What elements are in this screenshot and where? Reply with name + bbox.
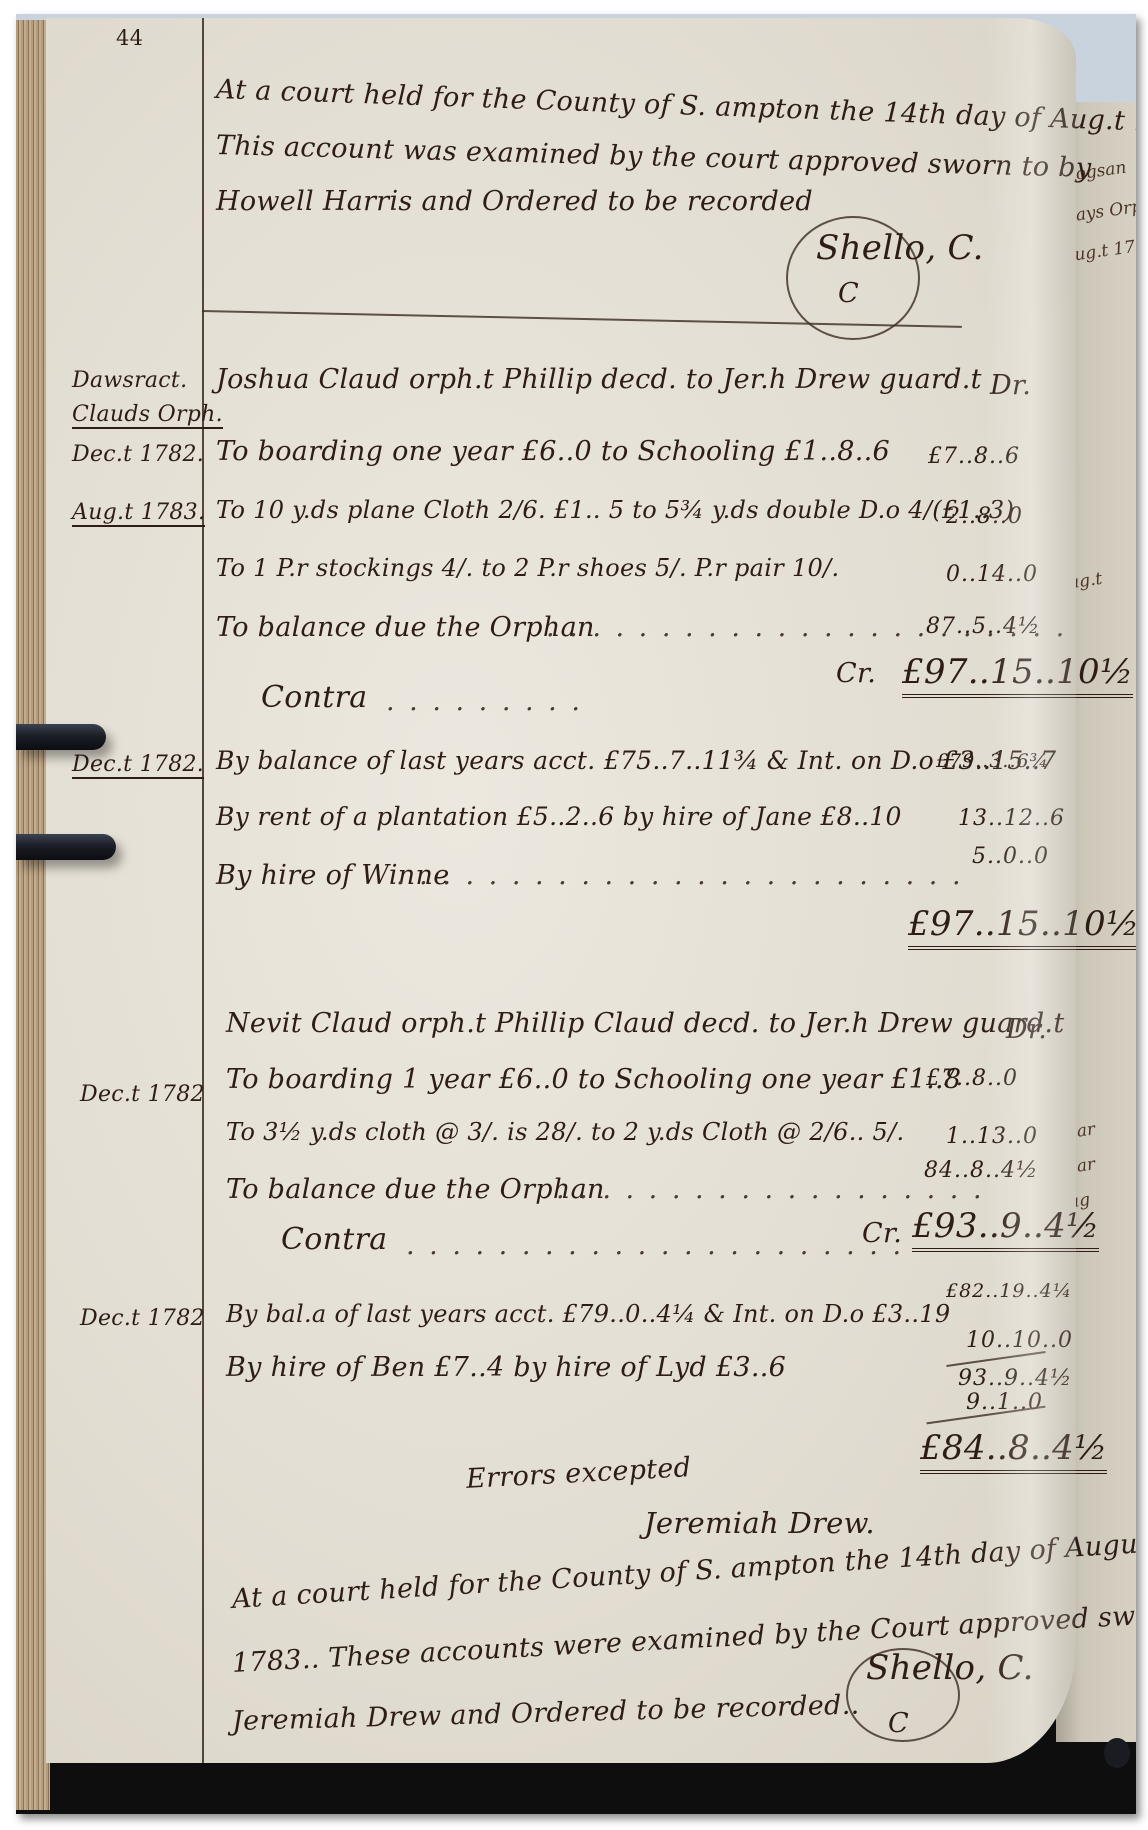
debit-amount: 1..13..0: [946, 1124, 1038, 1149]
entry-date: Dec.t 1782.: [72, 442, 204, 467]
entry-date: Dec.t 1782.: [72, 752, 204, 779]
leader-dots: . . . . . . . . . . . . . . . . . . . . …: [406, 1230, 904, 1261]
debit-total: £97..15..10½: [902, 652, 1133, 698]
credit-entry: By hire of Ben £7..4 by hire of Lyd £3..…: [226, 1352, 786, 1383]
account-heading-nevit: Nevit Claud orph.t Phillip Claud decd. t…: [226, 1008, 1064, 1039]
credit-amount: 10..10..0: [966, 1328, 1073, 1353]
debit-entry: To balance due the Orphan: [226, 1174, 605, 1205]
clerk-signature-top: Shello, C.: [816, 228, 984, 268]
leader-dots: . . . . . . . . .: [386, 686, 583, 717]
sum-rule: [926, 1406, 1045, 1425]
debit-amount: 87..5..4½: [926, 614, 1040, 639]
debit-amount: £7..8..0: [926, 1066, 1018, 1091]
ledger-page: 44 At a court held for the County of S. …: [46, 18, 1076, 1763]
credit-entry: By balance of last years acct. £75..7..1…: [216, 746, 1056, 775]
contra-label: Contra: [281, 1222, 387, 1257]
debit-entry: To balance due the Orphan: [216, 612, 595, 643]
entry-date: Aug.t 1783.: [72, 500, 205, 527]
debit-entry: To 3½ y.ds cloth @ 3/. is 28/. to 2 y.ds…: [226, 1118, 904, 1146]
leader-dots: . . . . . . . . . . . . . . . . . . . . …: [546, 612, 1067, 643]
contra-label: Contra: [261, 680, 367, 715]
top-court-line-3: Howell Harris and Ordered to be recorded: [216, 186, 813, 217]
less-amount: 9..1..0: [966, 1390, 1043, 1415]
page-number: 44: [116, 26, 143, 50]
top-court-line-2: This account was examined by the court a…: [216, 130, 1092, 184]
margin-label: Dawsract.: [72, 368, 187, 393]
entry-date: Dec.t 1782: [80, 1306, 205, 1331]
credit-entry: By rent of a plantation £5..2..6 by hire…: [216, 802, 902, 831]
credit-entry: By bal.a of last years acct. £79..0..4¼ …: [226, 1300, 950, 1328]
errors-excepted: Errors excepted: [465, 1452, 692, 1495]
account-heading-joshua: Joshua Claud orph.t Phillip decd. to Jer…: [216, 364, 982, 395]
credit-amount: 5..0..0: [972, 844, 1049, 869]
debit-entry: To boarding 1 year £6..0 to Schooling on…: [226, 1064, 961, 1095]
credit-total: £97..15..10½: [908, 904, 1136, 950]
sum-rule: [946, 1351, 1045, 1367]
book-page-edges: [16, 20, 50, 1810]
bottom-court-line-3: Jeremiah Drew and Ordered to be recorded…: [232, 1690, 860, 1737]
binder-ring: [16, 834, 116, 860]
bottom-court-line-1: At a court held for the County of S. amp…: [231, 1527, 1136, 1615]
subtotal-amount: 93..9..4½: [958, 1366, 1072, 1391]
debit-total: £93..9..4½: [912, 1206, 1099, 1252]
debit-side-label: Dr.: [1006, 1014, 1047, 1045]
top-court-line-1: At a court held for the County of S. amp…: [215, 74, 1136, 139]
credit-side-label: Cr.: [836, 658, 876, 689]
binder-ring: [16, 724, 106, 750]
debit-entry: To 1 P.r stockings 4/. to 2 P.r shoes 5/…: [216, 554, 839, 582]
credit-amount: 13..12..6: [958, 806, 1065, 831]
leader-dots: . . . . . . . . . . . . . . . . . . .: [556, 1174, 985, 1205]
debit-entry: To 10 y.ds plane Cloth 2/6. £1.. 5 to 5¾…: [216, 496, 1014, 524]
photo-frame: Dogsan Days Orp Aug.t 17 Aug.t Fear Fear…: [16, 14, 1136, 1814]
credit-total: £84..8..4½: [920, 1428, 1107, 1474]
credit-amount: £79..3..6¾: [936, 750, 1049, 772]
leader-dots: . . . . . . . . . . . . . . . . . . . . …: [396, 860, 964, 891]
debit-amount: 0..14..0: [946, 562, 1038, 587]
debit-amount: £7..8..6: [928, 444, 1020, 469]
entry-date: Dec.t 1782: [80, 1082, 205, 1107]
debit-entry: To boarding one year £6..0 to Schooling …: [216, 436, 890, 467]
binder-screw: [1104, 1738, 1130, 1768]
debit-amount: 2..8..0: [946, 504, 1023, 529]
bottom-court-line-2: 1783.. These accounts were examined by t…: [231, 1594, 1136, 1679]
debit-side-label: Dr.: [990, 370, 1031, 401]
margin-rule: [202, 18, 204, 1763]
credit-amount: £82..19..4¼: [946, 1280, 1072, 1302]
guardian-signature: Jeremiah Drew.: [644, 1506, 875, 1540]
seal-mark-bottom: C: [888, 1708, 909, 1739]
clerk-signature-bottom: Shello, C.: [866, 1648, 1034, 1688]
seal-mark-top: C: [838, 278, 859, 309]
margin-label: Clauds Orph.: [72, 402, 223, 429]
